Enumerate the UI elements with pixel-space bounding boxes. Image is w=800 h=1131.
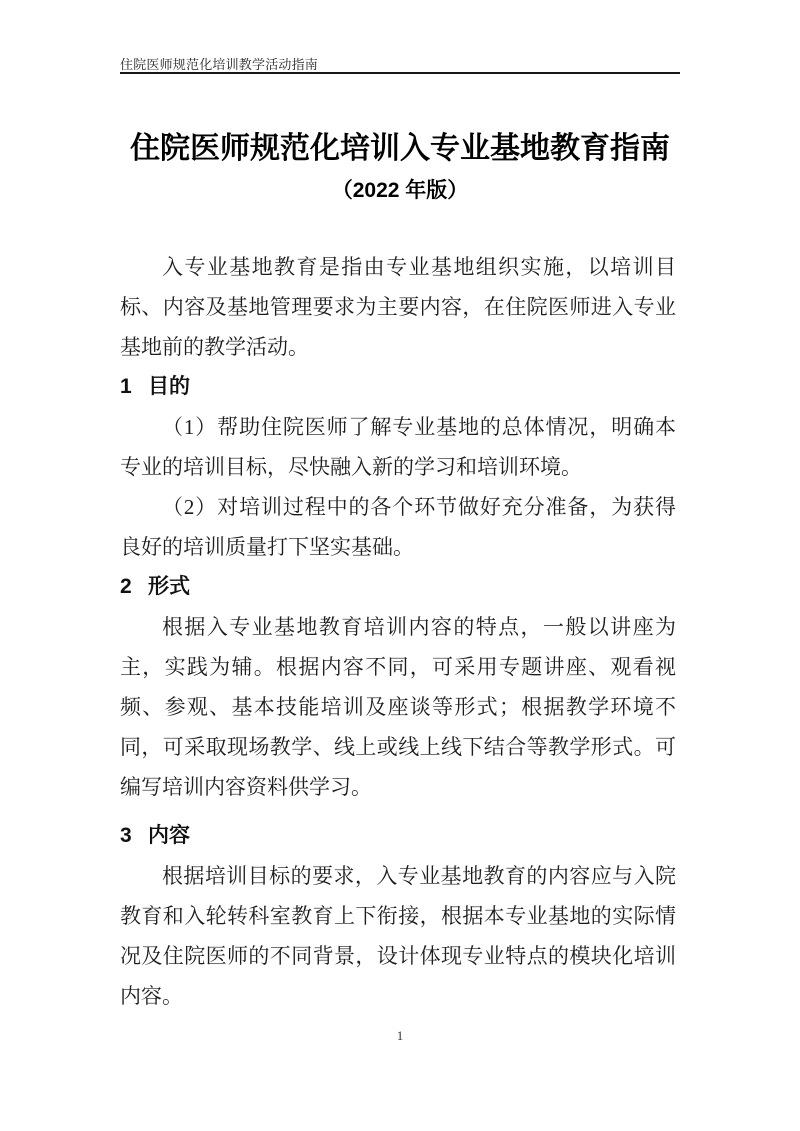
purpose-paragraph-2: （2）对培训过程中的各个环节做好充分准备，为获得良好的培训质量打下坚实基础。 (120, 487, 676, 567)
section-heading-label: 形式 (148, 575, 190, 598)
document-page: 住院医师规范化培训教学活动指南 住院医师规范化培训入专业基地教育指南 （2022… (0, 0, 800, 1131)
document-subtitle: （2022 年版） (100, 177, 700, 205)
document-title: 住院医师规范化培训入专业基地教育指南 (100, 131, 700, 167)
section-heading-format: 2形式 (120, 567, 676, 607)
section-number: 1 (120, 367, 148, 407)
section-heading-label: 内容 (148, 824, 190, 847)
running-header: 住院医师规范化培训教学活动指南 (120, 54, 680, 73)
section-number: 3 (120, 816, 148, 856)
content-paragraph: 根据培训目标的要求，入专业基地教育的内容应与入院教育和入轮转科室教育上下衔接，根… (120, 856, 676, 1016)
format-paragraph: 根据入专业基地教育培训内容的特点，一般以讲座为主，实践为辅。根据内容不同，可采用… (120, 607, 676, 807)
purpose-paragraph-1: （1）帮助住院医师了解专业基地的总体情况，明确本专业的培训目标，尽快融入新的学习… (120, 407, 676, 487)
section-heading-content: 3内容 (120, 816, 676, 856)
intro-paragraph: 入专业基地教育是指由专业基地组织实施，以培训目标、内容及基地管理要求为主要内容，… (120, 247, 676, 367)
section-number: 2 (120, 567, 148, 607)
section-heading-purpose: 1目的 (120, 367, 676, 407)
section-heading-label: 目的 (148, 375, 190, 398)
header-rule (120, 72, 680, 74)
page-number: 1 (0, 1028, 800, 1044)
document-body: 入专业基地教育是指由专业基地组织实施，以培训目标、内容及基地管理要求为主要内容，… (120, 247, 676, 1016)
